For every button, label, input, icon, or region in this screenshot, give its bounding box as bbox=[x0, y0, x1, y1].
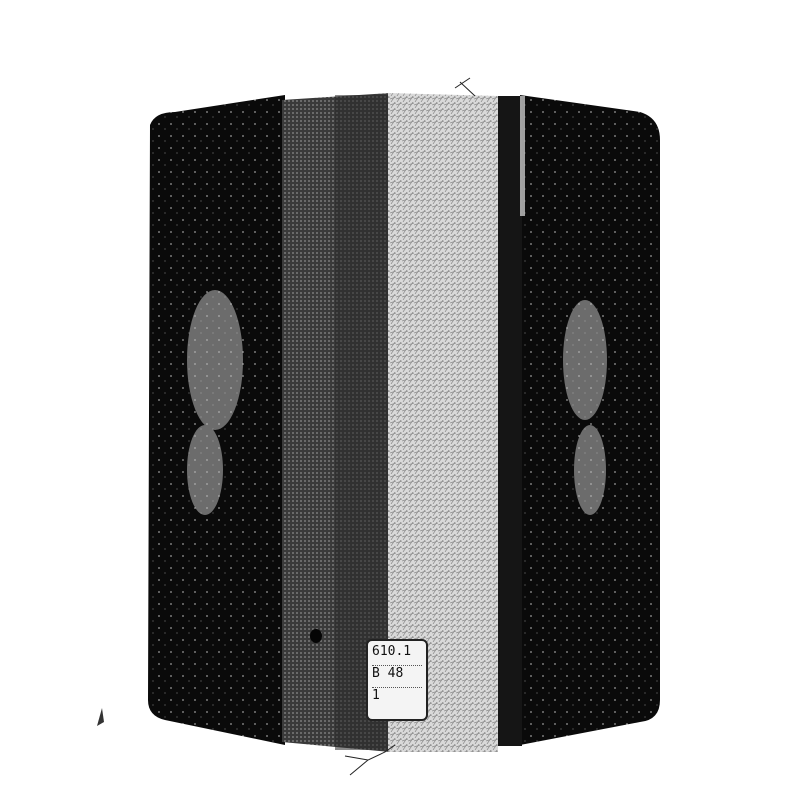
call-number-line-1: 610.1 bbox=[372, 644, 422, 666]
call-number-label: 610.1 B 48 1 bbox=[366, 639, 428, 721]
call-number-line-3: 1 bbox=[372, 688, 422, 709]
back-cover bbox=[520, 95, 660, 745]
call-number-line-2: B 48 bbox=[372, 666, 422, 688]
book-photo: 610.1 B 48 1 bbox=[0, 0, 800, 800]
